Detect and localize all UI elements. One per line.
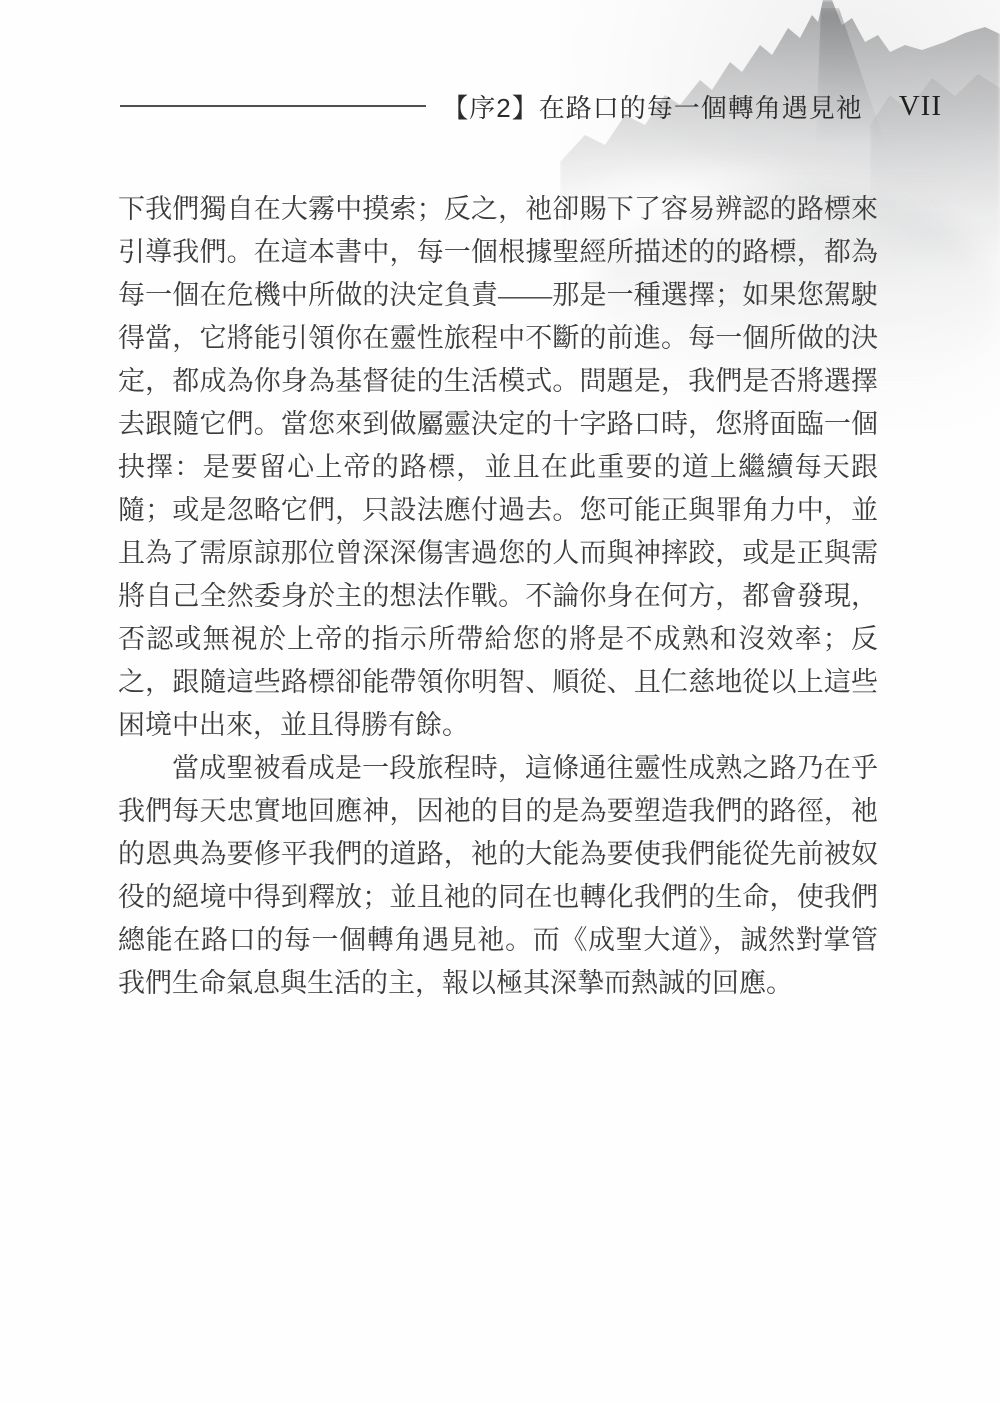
body-text-line: 役的絕境中得到釋放；並且祂的同在也轉化我們的生命，使我們 [118, 876, 878, 919]
body-text-line: 每一個在危機中所做的決定負責——那是一種選擇；如果您駕駛 [118, 274, 878, 317]
body-text-line: 我們生命氣息與生活的主，報以極其深摯而熱誠的回應。 [118, 962, 878, 1005]
body-text-line: 將自己全然委身於主的想法作戰。不論你身在何方，都會發現， [118, 575, 878, 618]
body-text-line: 我們每天忠實地回應神，因祂的目的是為要塑造我們的路徑，祂 [118, 790, 878, 833]
body-text: 下我們獨自在大霧中摸索；反之，祂卻賜下了容易辨認的路標來 引導我們。在這本書中，… [118, 188, 878, 1005]
body-text-line: 的恩典為要修平我們的道路，祂的大能為要使我們能從先前被奴 [118, 833, 878, 876]
mountain-peak-shadow [815, 8, 890, 158]
body-text-line: 隨；或是忽略它們，只設法應付過去。您可能正與罪角力中，並 [118, 489, 878, 532]
page-header: 【序2】在路口的每一個轉角遇見祂 VII [120, 84, 942, 128]
book-page: { "header": { "title": "【序2】在路口的每一個轉角遇見祂… [0, 0, 1000, 1403]
mountain-far-ridge [870, 30, 1000, 290]
body-text-line: 總能在路口的每一個轉角遇見祂。而《成聖大道》，誠然對掌管 [118, 919, 878, 962]
body-text-line: 當成聖被看成是一段旅程時，這條通往靈性成熟之路乃在乎 [118, 747, 878, 790]
body-text-line: 之，跟隨這些路標卻能帶領你明智、順從、且仁慈地從以上這些 [118, 661, 878, 704]
body-text-line: 得當，它將能引領你在靈性旅程中不斷的前進。每一個所做的決 [118, 317, 878, 360]
body-text-line: 困境中出來，並且得勝有餘。 [118, 704, 878, 747]
body-text-line: 下我們獨自在大霧中摸索；反之，祂卻賜下了容易辨認的路標來 [118, 188, 878, 231]
body-text-line: 且為了需原諒那位曾深深傷害過您的人而與神摔跤，或是正與需 [118, 532, 878, 575]
body-text-line: 引導我們。在這本書中，每一個根據聖經所描述的的路標，都為 [118, 231, 878, 274]
header-rule [120, 105, 426, 107]
body-text-line: 去跟隨它們。當您來到做屬靈決定的十字路口時，您將面臨一個 [118, 403, 878, 446]
chapter-title: 【序2】在路口的每一個轉角遇見祂 [442, 88, 862, 125]
body-text-line: 定，都成為你身為基督徒的生活模式。問題是，我們是否將選擇 [118, 360, 878, 403]
body-text-line: 否認或無視於上帝的指示所帶給您的將是不成熟和沒效率；反 [118, 618, 878, 661]
page-number: VII [899, 90, 942, 123]
body-text-line: 抉擇：是要留心上帝的路標，並且在此重要的道上繼續每天跟 [118, 446, 878, 489]
